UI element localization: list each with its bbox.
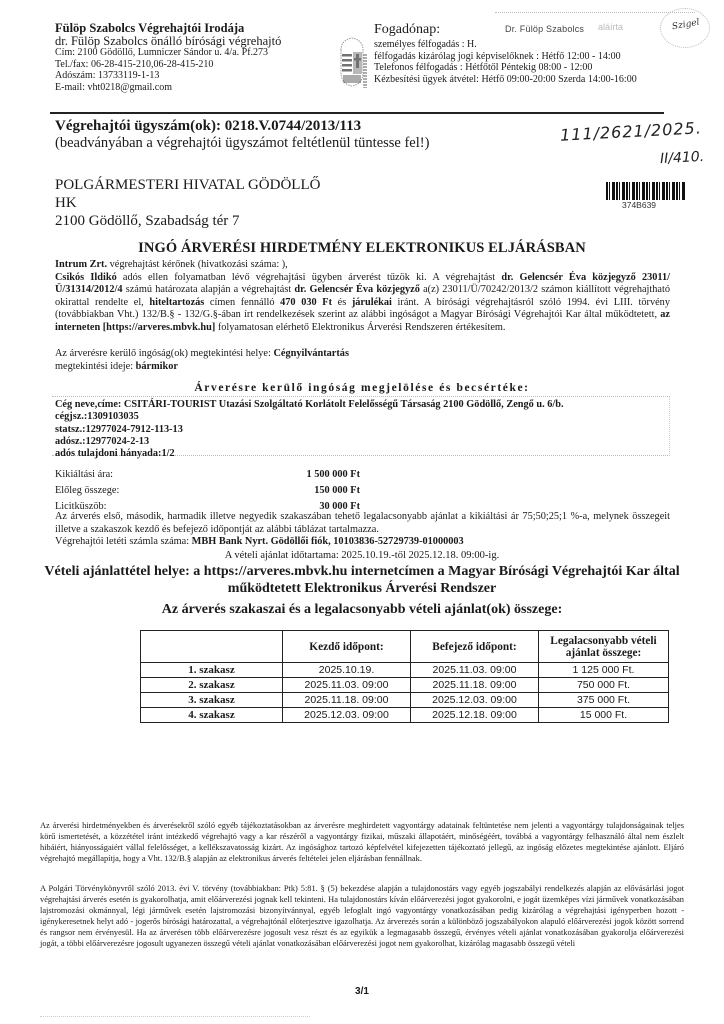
creditor-name: Intrum Zrt. — [55, 259, 107, 270]
recipient-street: 2100 Gödöllő, Szabadság tér 7 — [55, 212, 320, 230]
stage-min-offer: 375 000 Ft. — [539, 693, 669, 708]
item-tax-number: adósz.:12977024-2-13 — [55, 436, 564, 448]
bank-account: Végrehajtói letéti számla száma: MBH Ban… — [55, 536, 464, 547]
stage-min-offer: 750 000 Ft. — [539, 678, 669, 693]
debt-amount: 470 030 Ft — [280, 297, 332, 308]
hungarian-crest-icon — [338, 36, 366, 88]
office-address: Cím: 2100 Gödöllő, Lumniczer Sándor u. 4… — [55, 47, 335, 59]
digital-signature-name: Dr. Fülöp Szabolcs — [505, 24, 584, 34]
table-row: 3. szakasz 2025.11.18. 09:00 2025.12.03.… — [141, 693, 669, 708]
barcode — [606, 182, 686, 200]
recipient-dept: HK — [55, 194, 320, 212]
price-value: 1 500 000 Ft — [280, 469, 360, 480]
bailiff-name: dr. Fülöp Szabolcs önálló bírósági végre… — [55, 35, 335, 48]
reception-line: személyes félfogadás : H. — [374, 39, 714, 51]
bank-label: Végrehajtói letéti számla száma: — [55, 536, 192, 547]
table-header — [141, 631, 283, 663]
price-label: Előleg összege: — [55, 485, 280, 496]
stage-end: 2025.12.18. 09:00 — [411, 708, 539, 723]
stage-start: 2025.10.19. — [283, 663, 411, 678]
digital-signature-label: aláírta — [598, 22, 623, 32]
price-row: Kikiáltási ára:1 500 000 Ft — [55, 466, 360, 482]
stage-start: 2025.11.03. 09:00 — [283, 678, 411, 693]
viewing-info: Az árverésre kerülő ingóság(ok) megtekin… — [55, 348, 349, 373]
price-label: Kikiáltási ára: — [55, 469, 280, 480]
handwritten-reference: 111/2621/2025. — [560, 118, 703, 144]
reception-line: Kézbesítési ügyek átvétel: Hétfő 09:00-2… — [374, 74, 714, 86]
offer-period: A vételi ajánlat időtartama: 2025.10.19.… — [0, 550, 724, 561]
intro-text: adós ellen folyamatban lévő végrehajtási… — [117, 272, 502, 283]
intro-text: folyamatosan elérhető Elektronikus Árver… — [215, 322, 505, 333]
stages-note: Az árverés első, második, harmadik illet… — [55, 511, 670, 536]
item-registration-number: cégjsz.:1309103035 — [55, 411, 564, 423]
stage-end: 2025.11.18. 09:00 — [411, 678, 539, 693]
item-heading: Árverésre kerülő ingóság megjelölése és … — [0, 382, 724, 394]
preemption-paragraph: A Polgári Törvénykönyvről szóló 2013. év… — [40, 883, 684, 949]
price-row: Előleg összege:150 000 Ft — [55, 482, 360, 498]
intro-text: címen fennálló — [204, 297, 280, 308]
office-phone: Tel./fax: 06-28-415-210,06-28-415-210 — [55, 59, 335, 71]
item-ownership-share: adós tulajdoni hányada:1/2 — [55, 448, 564, 460]
intro-text: és — [332, 297, 352, 308]
header-divider — [50, 112, 664, 114]
viewing-time-value: bármikor — [136, 361, 178, 372]
handwritten-sub-reference: II/410. — [660, 149, 705, 167]
page-number: 3/1 — [0, 986, 724, 997]
recipient-name: POLGÁRMESTERI HIVATAL GÖDÖLLŐ — [55, 176, 320, 194]
creditor-text: végrehajtást kérőnek (hivatkozási száma:… — [107, 259, 288, 270]
stage-min-offer: 1 125 000 Ft. — [539, 663, 669, 678]
office-header: Fülöp Szabolcs Végrehajtói Irodája dr. F… — [55, 22, 335, 93]
table-row: 2. szakasz 2025.11.03. 09:00 2025.11.18.… — [141, 678, 669, 693]
stage-end: 2025.12.03. 09:00 — [411, 693, 539, 708]
stage-label: 1. szakasz — [141, 663, 283, 678]
stage-label: 2. szakasz — [141, 678, 283, 693]
table-header: Kezdő időpont: — [283, 631, 411, 663]
stages-title: Az árverés szakaszai és a legalacsonyabb… — [0, 602, 724, 618]
price-value: 30 000 Ft — [280, 501, 360, 512]
intro-paragraph: Intrum Zrt. végrehajtást kérőnek (hivatk… — [55, 259, 670, 335]
item-stat-number: statsz.:12977024-7912-113-13 — [55, 424, 564, 436]
scan-edge-mark — [363, 54, 367, 88]
table-header-row: Kezdő időpont: Befejező időpont: Legalac… — [141, 631, 669, 663]
stages-table: Kezdő időpont: Befejező időpont: Legalac… — [140, 630, 669, 723]
document-title: INGÓ ÁRVERÉSI HIRDETMÉNY ELEKTRONIKUS EL… — [0, 240, 724, 257]
barcode-number: 374B639 — [622, 200, 656, 210]
reception-line: Telefonos félfogadás : Hétfőtől Péntekig… — [374, 62, 714, 74]
table-row: 4. szakasz 2025.12.03. 09:00 2025.12.18.… — [141, 708, 669, 723]
accessory-label: járulékai — [352, 297, 392, 308]
stage-start: 2025.12.03. 09:00 — [283, 708, 411, 723]
price-value: 150 000 Ft — [280, 485, 360, 496]
reception-line: félfogadás kizárólag jogi képviselőknek … — [374, 51, 714, 63]
recipient-address: POLGÁRMESTERI HIVATAL GÖDÖLLŐ HK 2100 Gö… — [55, 176, 320, 230]
stage-min-offer: 15 000 Ft. — [539, 708, 669, 723]
item-company: Cég neve,címe: CSITÁRI-TOURIST Utazási S… — [55, 399, 564, 411]
viewing-place-label: Az árverésre kerülő ingóság(ok) megtekin… — [55, 348, 273, 359]
offer-place: Vételi ajánlattétel helye: a https://arv… — [40, 563, 684, 597]
price-list: Kikiáltási ára:1 500 000 Ft Előleg össze… — [55, 466, 360, 514]
debt-label: hiteltartozás — [149, 297, 204, 308]
office-name: Fülöp Szabolcs Végrehajtói Irodája — [55, 22, 335, 35]
debtor-name: Csikós Ildikó — [55, 272, 117, 283]
office-email: E-mail: vht0218@gmail.com — [55, 82, 335, 94]
viewing-place-value: Cégnyilvántartás — [273, 348, 349, 359]
table-header: Befejező időpont: — [411, 631, 539, 663]
stage-label: 3. szakasz — [141, 693, 283, 708]
bank-value: MBH Bank Nyrt. Gödöllői fiók, 10103836-5… — [192, 536, 464, 547]
table-header: Legalacsonyabb vételi ajánlat összege: — [539, 631, 669, 663]
table-row: 1. szakasz 2025.10.19. 2025.11.03. 09:00… — [141, 663, 669, 678]
case-number: Végrehajtói ügyszám(ok): 0218.V.0744/201… — [55, 118, 429, 135]
stage-start: 2025.11.18. 09:00 — [283, 693, 411, 708]
price-label: Licitküszöb: — [55, 501, 280, 512]
stage-label: 4. szakasz — [141, 708, 283, 723]
office-tax-number: Adószám: 13733119-1-13 — [55, 70, 335, 82]
stage-end: 2025.11.03. 09:00 — [411, 663, 539, 678]
case-note: (beadványában a végrehajtói ügyszámot fe… — [55, 135, 429, 152]
intro-text: számú határozata alapján a végrehajtást — [123, 284, 295, 295]
scan-artifact — [40, 1016, 310, 1017]
notary-name: dr. Gelencsér Éva közjegyző — [294, 284, 419, 295]
viewing-time-label: megtekintési ideje: — [55, 361, 136, 372]
case-number-block: Végrehajtói ügyszám(ok): 0218.V.0744/201… — [55, 118, 429, 152]
disclaimer-paragraph: Az árverési hirdetményekben és árverések… — [40, 820, 684, 864]
item-details: Cég neve,címe: CSITÁRI-TOURIST Utazási S… — [55, 399, 564, 460]
